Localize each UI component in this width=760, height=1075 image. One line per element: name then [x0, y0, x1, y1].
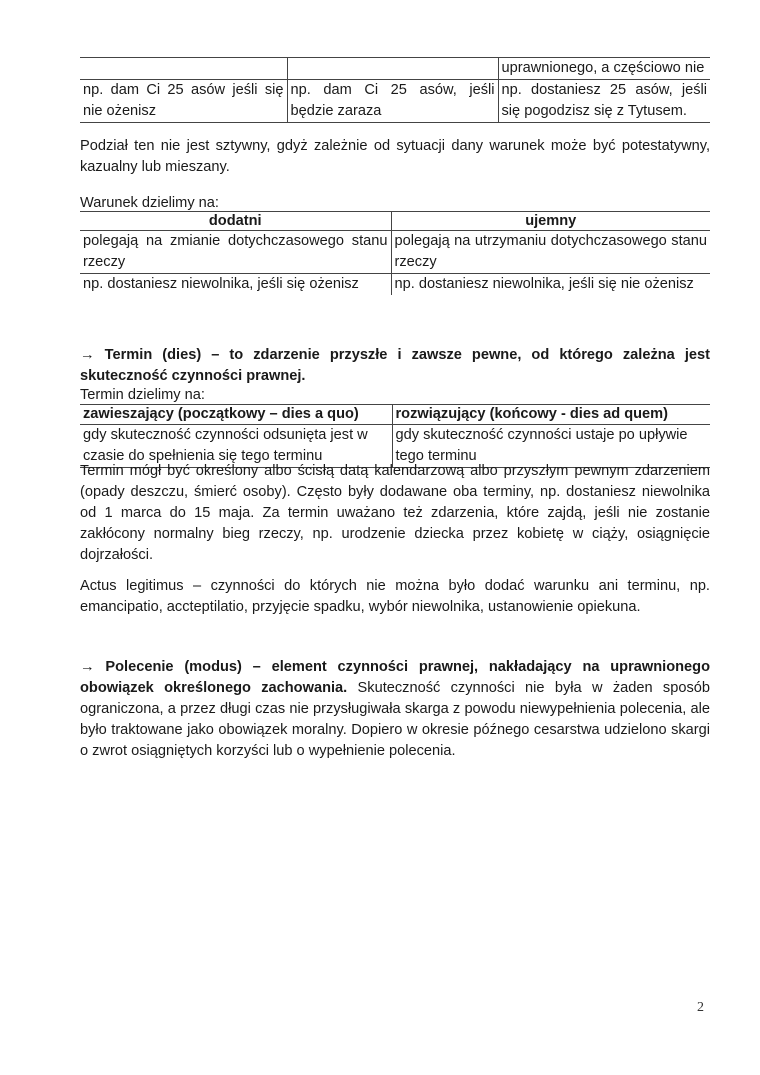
- table-cell: uprawnionego, a częściowo nie: [498, 58, 710, 80]
- table-cell: [287, 58, 498, 80]
- table-header: rozwiązujący (końcowy - dies ad quem): [392, 405, 710, 425]
- paragraph-actus-legitimus: Actus legitimus – czynności do których n…: [80, 576, 710, 618]
- table-header-row: dodatni ujemny: [80, 212, 710, 231]
- table-cell: polegają na zmianie dotychczasowego stan…: [80, 231, 391, 274]
- table-row: np. dostaniesz niewolnika, jeśli się oże…: [80, 274, 710, 296]
- warunek-table: dodatni ujemny polegają na zmianie dotyc…: [80, 211, 710, 295]
- table-cell: np. dostaniesz niewolnika, jeśli się oże…: [80, 274, 391, 296]
- table-cell: polegają na utrzymaniu dotychczasowego s…: [391, 231, 710, 274]
- arrow-right-icon: →: [80, 347, 95, 363]
- table-header: ujemny: [391, 212, 710, 231]
- termin-heading: → Termin (dies) – to zdarzenie przyszłe …: [80, 345, 710, 387]
- table-header: dodatni: [80, 212, 391, 231]
- termin-table: zawieszający (początkowy – dies a quo) r…: [80, 404, 710, 468]
- table-header: zawieszający (początkowy – dies a quo): [80, 405, 392, 425]
- page-number: 2: [697, 1000, 704, 1016]
- termin-intro: Termin dzielimy na:: [80, 386, 710, 404]
- arrow-right-icon: →: [80, 659, 95, 675]
- table-header-row: zawieszający (początkowy – dies a quo) r…: [80, 405, 710, 425]
- table-cell: np. dam Ci 25 asów, jeśli będzie zaraza: [287, 80, 498, 123]
- table-cell: np. dostaniesz niewolnika, jeśli się nie…: [391, 274, 710, 296]
- table-row: polegają na zmianie dotychczasowego stan…: [80, 231, 710, 274]
- table-cell: np. dam Ci 25 asów jeśli się nie ożenisz: [80, 80, 287, 123]
- paragraph-podzial: Podział ten nie jest sztywny, gdyż zależ…: [80, 136, 710, 178]
- table-cell: [80, 58, 287, 80]
- table-row: np. dam Ci 25 asów jeśli się nie ożenisz…: [80, 80, 710, 123]
- conditions-types-table: uprawnionego, a częściowo nie np. dam Ci…: [80, 57, 710, 123]
- paragraph-polecenie: → Polecenie (modus) – element czynności …: [80, 657, 710, 762]
- table-row: uprawnionego, a częściowo nie: [80, 58, 710, 80]
- paragraph-termin-opis: Termin mógł być określony albo ścisłą da…: [80, 461, 710, 566]
- table-cell: np. dostaniesz 25 asów, jeśli się pogodz…: [498, 80, 710, 123]
- termin-heading-text: Termin (dies) – to zdarzenie przyszłe i …: [80, 347, 710, 384]
